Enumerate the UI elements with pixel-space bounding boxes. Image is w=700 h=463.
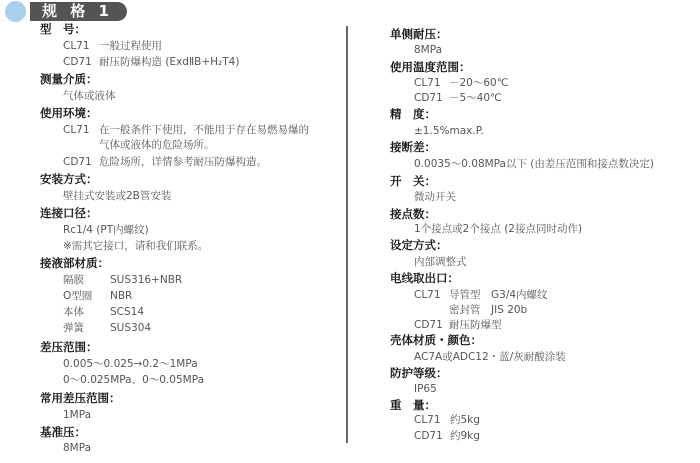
environment-cl71-code: CL71 (63, 123, 90, 138)
temp-cd71-code: CD71 (414, 91, 443, 106)
weight-cd71-code: CD71 (414, 429, 443, 444)
header-circle-icon (5, 1, 26, 22)
wetted-material-spring: SUS304 (110, 321, 151, 336)
hysteresis-label: 接断差： (390, 140, 436, 155)
model-cd71-text: 耐压防爆构造 (ExdⅡB+H₂T4) (99, 55, 239, 70)
environment-cl71-line1: 在一般条件下使用，不能用于存在易燃易爆的 (99, 123, 309, 138)
wiring-cl71-line2: 密封管 JIS 20b (449, 303, 527, 318)
environment-cl71-line2: 气体或液体的危险场所。 (99, 138, 215, 153)
wetted-label: 接液部材质： (40, 256, 109, 271)
model-cl71-code: CL71 (63, 39, 90, 54)
housing-label: 壳体材质・颜色： (390, 333, 482, 348)
weight-label: 重 量： (390, 398, 436, 413)
temp-cl71-value: －20～60℃ (449, 76, 509, 91)
wiring-cl71-line1: 导管型 G3/4内螺纹 (449, 288, 548, 303)
protection-label: 防护等级： (390, 366, 448, 381)
medium-value: 气体或液体 (63, 89, 116, 104)
contacts-label: 接点数： (390, 207, 436, 222)
contacts-value: 1个接点或2个接点 (2接点同时动作) (414, 222, 582, 237)
environment-cd71-text: 危险场所，详情参考耐压防爆构造。 (99, 155, 267, 170)
ref-pressure-value: 8MPa (63, 441, 91, 456)
environment-cd71-code: CD71 (63, 155, 92, 170)
single-side-value: 8MPa (414, 43, 442, 58)
temp-label: 使用温度范围： (390, 60, 471, 75)
wetted-part-body: 本体 (63, 305, 84, 320)
hysteresis-value: 0.0035～0.08MPa以下 (由差压范围和接点数决定) (414, 157, 654, 172)
wetted-part-oring: O型圈 (63, 289, 92, 304)
wiring-cd71-code: CD71 (414, 318, 443, 333)
wetted-material-body: SCS14 (110, 305, 144, 320)
model-cd71-code: CD71 (63, 55, 92, 70)
ref-pressure-label: 基准压： (40, 425, 86, 440)
connection-value: Rc1/4 (PT内螺纹) (63, 223, 149, 238)
weight-cl71-value: 约5kg (450, 413, 480, 428)
accuracy-label: 精 度： (390, 107, 436, 122)
housing-value: AC7A或ADC12・蓝/灰耐酸涂装 (414, 350, 566, 365)
diff-range-line1: 0.005～0.025→0.2～1MPa (63, 357, 198, 372)
medium-label: 测量介质： (40, 72, 98, 87)
section-title: 规 格 1 (42, 2, 113, 21)
common-range-value: 1MPa (63, 408, 91, 423)
mounting-label: 安装方式： (40, 172, 98, 187)
weight-cl71-code: CL71 (414, 413, 441, 428)
wetted-material-diaphragm: SUS316+NBR (110, 273, 182, 288)
setting-value: 内部调整式 (414, 255, 467, 270)
common-range-label: 常用差压范围： (40, 391, 121, 406)
switch-label: 开 关： (390, 174, 436, 189)
setting-label: 设定方式： (390, 238, 448, 253)
wiring-cd71-text: 耐压防爆型 (449, 318, 502, 333)
switch-value: 微动开关 (414, 190, 456, 205)
model-cl71-text: 一般过程使用 (99, 39, 162, 54)
wetted-material-oring: NBR (110, 289, 132, 304)
connection-label: 连接口径： (40, 206, 98, 221)
temp-cl71-code: CL71 (414, 76, 441, 91)
accuracy-value: ±1.5%max.P. (414, 124, 484, 139)
environment-label: 使用环境： (40, 106, 98, 121)
protection-value: IP65 (414, 382, 437, 397)
column-divider (346, 26, 348, 443)
wiring-cl71-code: CL71 (414, 288, 441, 303)
connection-note: ※需其它接口，请和我们联系。 (63, 239, 208, 254)
wetted-part-diaphragm: 隔膜 (63, 273, 84, 288)
wetted-part-spring: 弹簧 (63, 321, 84, 336)
wiring-label: 电线取出口： (390, 271, 459, 286)
diff-range-label: 差压范围： (40, 340, 98, 355)
mounting-value: 壁挂式安装或2B管安装 (63, 189, 171, 204)
temp-cd71-value: －5～40℃ (449, 91, 502, 106)
model-label: 型 号： (40, 22, 86, 37)
single-side-label: 单侧耐压： (390, 27, 448, 42)
diff-range-line2: 0～0.025MPa、0～0.05MPa (63, 373, 204, 388)
weight-cd71-value: 约9kg (450, 429, 480, 444)
